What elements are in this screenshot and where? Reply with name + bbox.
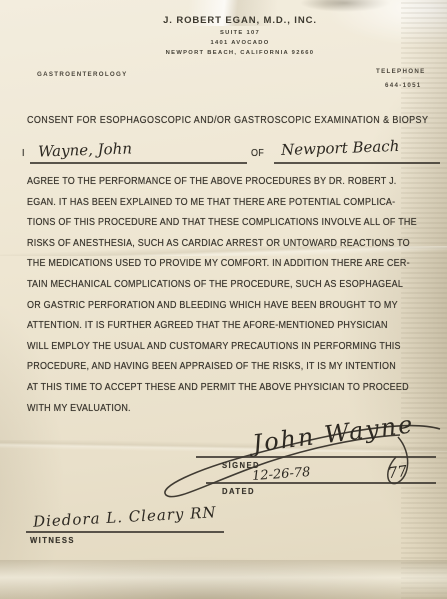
residence-underline [274, 162, 440, 164]
body-line: RISKS OF ANESTHESIA, SUCH AS CARDIAC ARR… [27, 238, 417, 249]
form-title: CONSENT FOR ESOPHAGOSCOPIC AND/OR GASTRO… [27, 115, 428, 126]
pronoun-i: I [22, 148, 25, 159]
letterhead-city: NEWPORT BEACH, CALIFORNIA 92660 [130, 50, 350, 56]
patient-name-handwritten: Wayne, John [38, 139, 133, 160]
date-year-mark: 77 [387, 462, 408, 482]
paper-fold-bottom [0, 560, 447, 599]
body-line: PROCEDURE, AND HAVING BEEN APPRAISED OF … [27, 361, 417, 372]
physician-name: J. ROBERT EGAN, M.D., INC. [130, 15, 350, 26]
witness-line [26, 531, 224, 533]
of-label: OF [251, 148, 264, 159]
body-line: TIONS OF THIS PROCEDURE AND THAT THESE C… [27, 217, 417, 228]
patient-name-underline [30, 162, 247, 164]
body-line: EGAN. IT HAS BEEN EXPLAINED TO ME THAT T… [27, 197, 417, 208]
specialty-label: GASTROENTEROLOGY [37, 71, 128, 78]
signature-handwritten: John Wayne [251, 410, 416, 458]
letterhead-street: 1401 AVOCADO [130, 40, 350, 46]
body-line: THE MEDICATIONS USED TO PROVIDE MY COMFO… [27, 258, 417, 269]
witness-label: WITNESS [30, 535, 75, 545]
body-line: ATTENTION. IT IS FURTHER AGREED THAT THE… [27, 320, 417, 331]
body-line: AT THIS TIME TO ACCEPT THESE AND PERMIT … [27, 382, 417, 393]
telephone-label: TELEPHONE [376, 68, 426, 75]
signed-line [196, 456, 436, 458]
telephone-number: 644-1051 [385, 82, 422, 89]
body-line: OR GASTRIC PERFORATION AND BLEEDING WHIC… [27, 300, 417, 311]
scanned-consent-form: J. ROBERT EGAN, M.D., INC. SUITE 107 140… [0, 0, 447, 599]
body-line: WILL EMPLOY THE USUAL AND CUSTOMARY PREC… [27, 341, 417, 352]
letterhead-suite: SUITE 107 [130, 30, 350, 36]
consent-body: AGREE TO THE PERFORMANCE OF THE ABOVE PR… [27, 176, 447, 308]
witness-signature-handwritten: Diedora L. Cleary RN [33, 503, 217, 531]
dated-label: DATED [222, 486, 255, 496]
body-line: WITH MY EVALUATION. [27, 403, 417, 414]
body-line: TAIN MECHANICAL COMPLICATIONS OF THE PRO… [27, 279, 417, 290]
residence-handwritten: Newport Beach [281, 137, 400, 159]
dated-line [206, 482, 436, 484]
body-line: AGREE TO THE PERFORMANCE OF THE ABOVE PR… [27, 176, 417, 187]
